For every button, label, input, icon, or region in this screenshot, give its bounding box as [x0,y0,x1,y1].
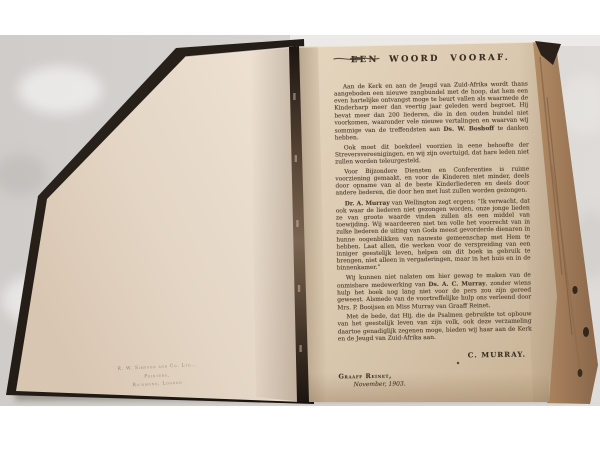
preface-paragraph: Dr. A. Murray van Wellington zegt ergens… [336,197,531,273]
preface-paragraph: Aan de Kerk en aan de Jeugd van Zuid-Afr… [334,81,529,142]
preface-paragraph: Ook moet dit boekdeel voorzien in eene b… [335,142,529,167]
preface-paragraph: Wij kunnen niet nalaten om hier gewag te… [337,272,532,312]
book-photo: EEN WOORD VOORAF. Aan de Kerk en aan de … [0,35,600,406]
preface-paragraph: Met de bede, dat Hij, die de Psalmen geb… [337,312,531,344]
photo-of-open-book: EEN WOORD VOORAF. Aan de Kerk en aan de … [0,0,600,450]
author-signature: C. MURRAY. [338,349,532,361]
preface-page-text: EEN WOORD VOORAF. Aan de Kerk en aan de … [333,52,532,388]
preface-paragraphs: Aan de Kerk en aan de Jeugd van Zuid-Afr… [334,81,532,343]
ornament-divider-icon [334,64,528,75]
preface-paragraph: Voor Bijzondere Diensten en Conferenties… [335,166,529,198]
